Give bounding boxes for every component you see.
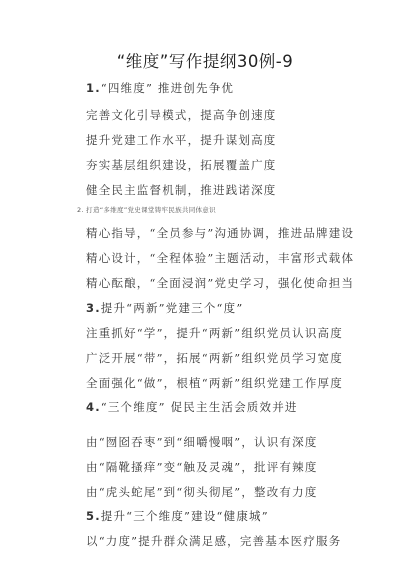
body-line: 精心指导，“全员参与”沟通协调，推进品牌建设 [86, 225, 354, 241]
section-number: 5. [86, 509, 101, 523]
section-heading-5: 5.提升“三个维度”建设“健康城” [86, 508, 269, 524]
body-line: 以“力度”提升群众满足感，完善基本医疗服务 [86, 533, 341, 549]
section-number: 1. [86, 81, 101, 95]
body-line: 由“囫囵吞枣”到“细嚼慢咽”，认识有深度 [86, 434, 318, 450]
document-title: “维度”写作提纲30例-9 [0, 48, 410, 72]
body-line: 精心酝酿，“全面浸润”党史学习，强化使命担当 [86, 275, 354, 291]
body-line: 注重抓好“学”，提升“两新”组织党员认识高度 [86, 325, 343, 341]
body-line: 精心设计，“全程体验”主题活动，丰富形式载体 [86, 250, 354, 266]
section-heading-4: 4.“三个维度” 促民主生活会质效并进 [86, 399, 298, 415]
body-line: 由“隔靴搔痒”变“触及灵魂”，批评有辣度 [86, 459, 318, 475]
section-heading-3: 3.提升“两新”党建三个“度” [86, 300, 243, 316]
section-number: 3. [86, 301, 101, 315]
section-number: 4. [86, 400, 101, 414]
body-line: 健全民主监督机制，推进践诺深度 [86, 182, 277, 198]
body-line: 由“虎头蛇尾”到“彻头彻尾”，整改有力度 [86, 484, 318, 500]
body-line: 广泛开展“带”，拓展“两新”组织党员学习宽度 [86, 350, 343, 366]
body-line: 夯实基层组织建设，拓展覆盖广度 [86, 157, 277, 173]
section-heading-1: 1.“四维度” 推进创先争优 [86, 80, 234, 96]
section-heading-2: 2. 打造“多维度”党史课堂铸牢民族共同体意识 [77, 205, 216, 214]
body-line: 完善文化引导模式，提高争创速度 [86, 107, 277, 123]
body-line: 全面强化“做”，根植“两新”组织党建工作厚度 [86, 375, 343, 391]
body-line: 提升党建工作水平，提升谋划高度 [86, 132, 277, 148]
